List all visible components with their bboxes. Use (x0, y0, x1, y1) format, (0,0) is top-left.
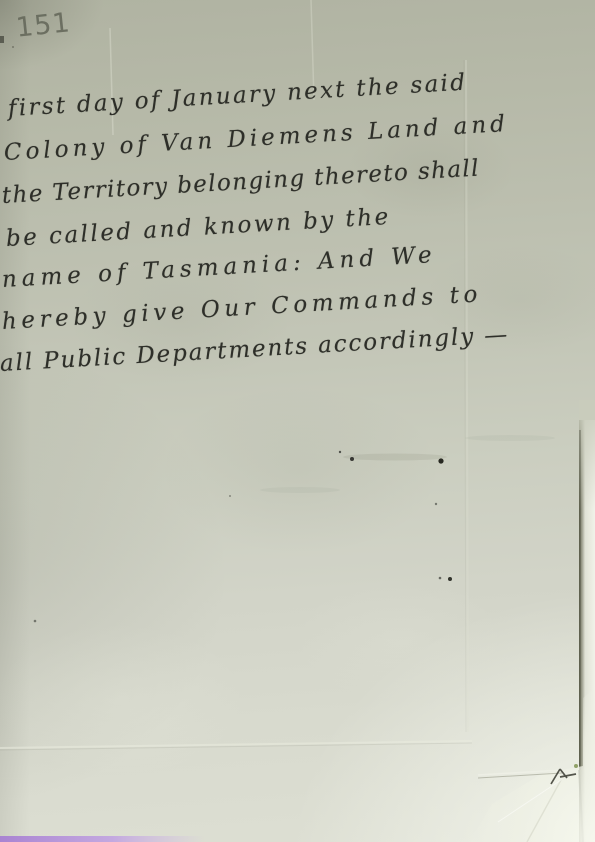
manuscript-scan: 151 first day of January next the said C… (0, 0, 595, 842)
scanner-bed-strip (0, 836, 205, 842)
folio-number: 151 (15, 7, 72, 44)
